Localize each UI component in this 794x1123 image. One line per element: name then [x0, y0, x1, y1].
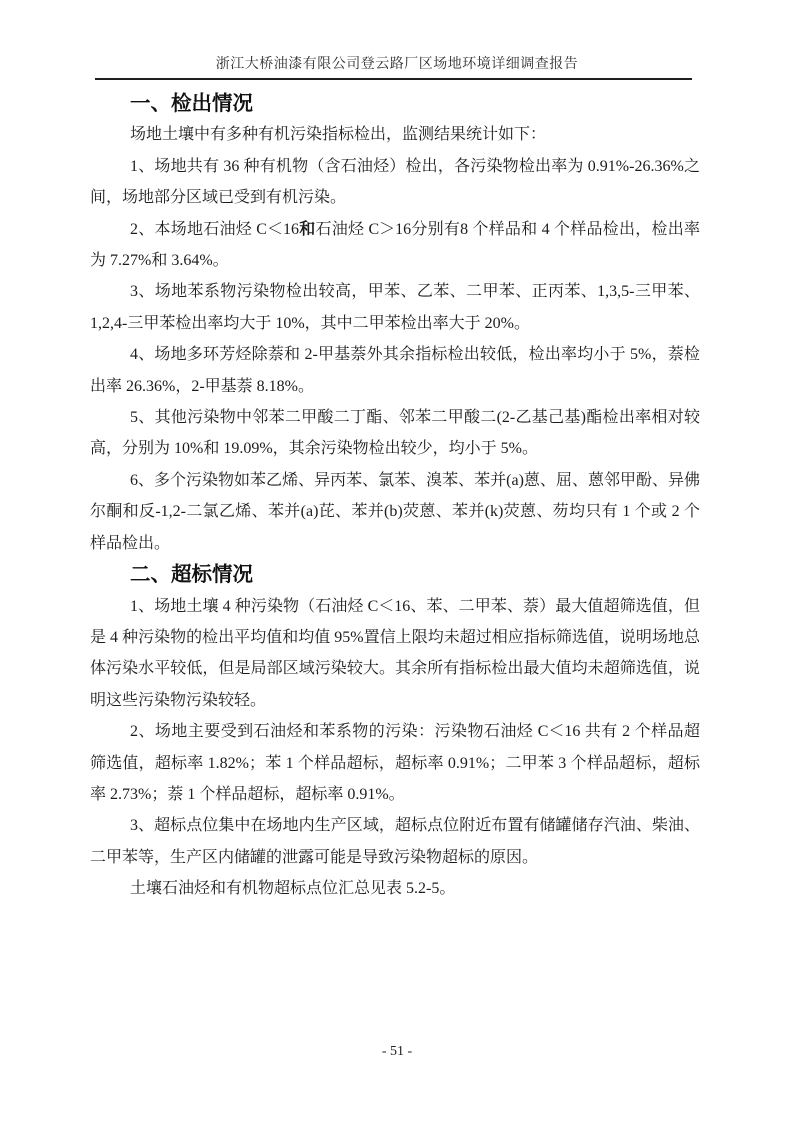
section-1-paragraph-2: 2、本场地石油烃 C＜16和石油烃 C＞16分别有8 个样品和 4 个样品检出，… [90, 214, 700, 277]
section-1-paragraph-1: 1、场地共有 36 种有机物（含石油烃）检出，各污染物检出率为 0.91%-26… [90, 151, 700, 214]
header-divider-rule [95, 78, 692, 80]
document-body: 一、检出情况 场地土壤中有多种有机污染指标检出，监测结果统计如下： 1、场地共有… [90, 88, 700, 905]
section-1-paragraph-5: 5、其他污染物中邻苯二甲酸二丁酯、邻苯二甲酸二(2-乙基己基)酯检出率相对较高，… [90, 402, 700, 465]
section-2-paragraph-3: 3、超标点位集中在场地内生产区域，超标点位附近布置有储罐储存汽油、柴油、二甲苯等… [90, 810, 700, 873]
section-1-paragraph-4: 4、场地多环芳烃除萘和 2-甲基萘外其余指标检出较低，检出率均小于 5%，萘检出… [90, 339, 700, 402]
section-1-paragraph-3: 3、场地苯系物污染物检出较高，甲苯、乙苯、二甲苯、正丙苯、1,3,5-三甲苯、1… [90, 276, 700, 339]
section-2-paragraph-closing: 土壤石油烃和有机物超标点位汇总见表 5.2-5。 [90, 873, 700, 904]
section-1-paragraph-2-pre: 2、本场地石油烃 C＜16 [130, 221, 299, 238]
section-1-paragraph-6: 6、多个污染物如苯乙烯、异丙苯、氯苯、溴苯、苯并(a)蒽、屈、蒽邻甲酚、异佛尔酮… [90, 465, 700, 559]
section-1-paragraph-intro: 场地土壤中有多种有机污染指标检出，监测结果统计如下： [90, 119, 700, 150]
section-1-paragraph-2-bold-char: 和 [299, 221, 316, 238]
report-header-title: 浙江大桥油漆有限公司登云路厂区场地环境详细调查报告 [92, 53, 702, 73]
section-2-paragraph-1: 1、场地土壤 4 种污染物（石油烃 C＜16、苯、二甲苯、萘）最大值超筛选值，但… [90, 591, 700, 717]
page-number: - 51 - [0, 1044, 794, 1060]
document-page: 浙江大桥油漆有限公司登云路厂区场地环境详细调查报告 一、检出情况 场地土壤中有多… [0, 0, 794, 1123]
section-2-paragraph-2: 2、场地主要受到石油烃和苯系物的污染：污染物石油烃 C＜16 共有 2 个样品超… [90, 716, 700, 810]
section-2-heading: 二、超标情况 [90, 559, 700, 590]
section-1-heading: 一、检出情况 [90, 88, 700, 119]
